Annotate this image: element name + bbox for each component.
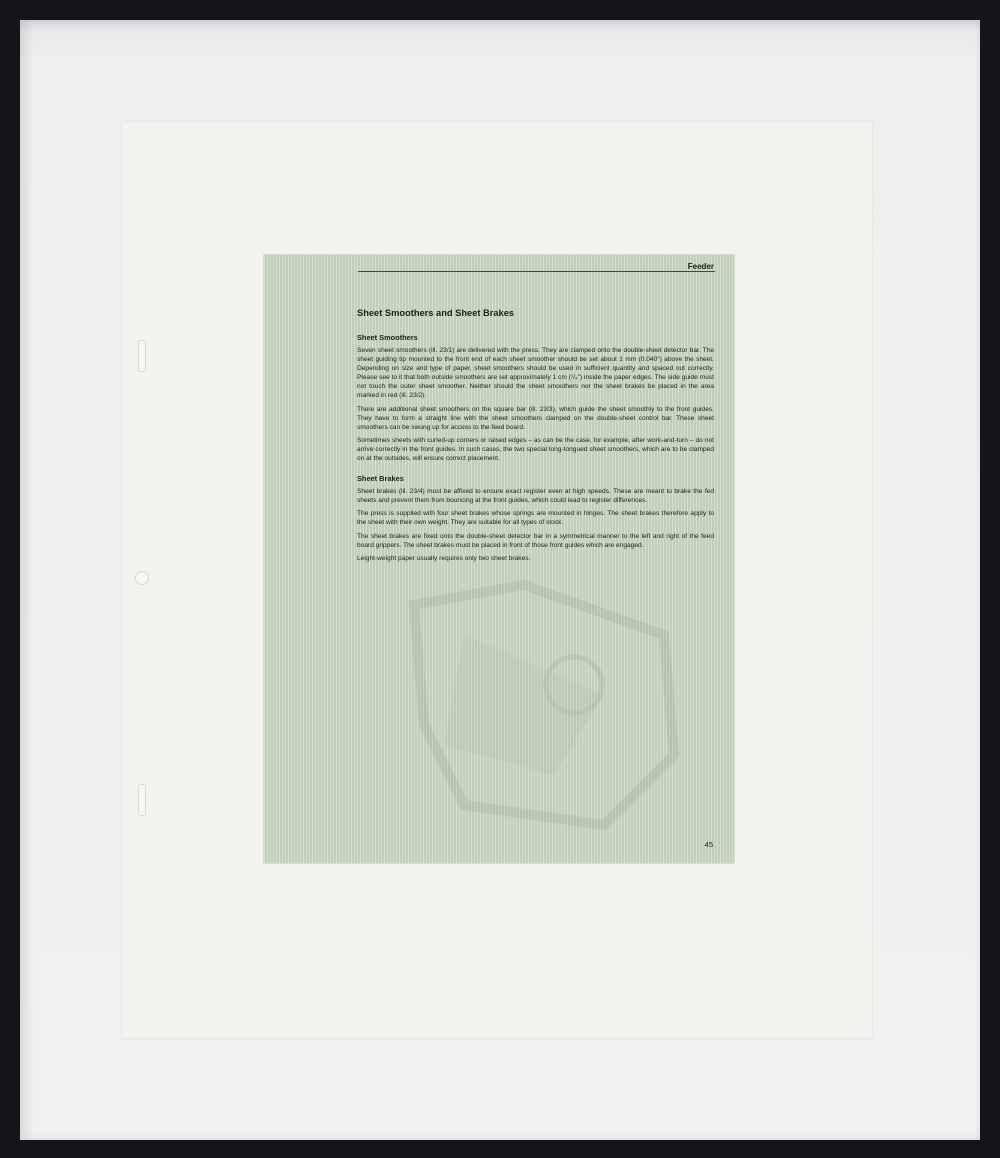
show-through-illustration bbox=[404, 575, 684, 835]
header-rule bbox=[358, 271, 715, 272]
paragraph: Leight-weight paper usually requires onl… bbox=[357, 554, 714, 563]
section-sheet-smoothers: Sheet Smoothers Seven sheet smoothers (i… bbox=[357, 333, 714, 463]
section-heading: Sheet Brakes bbox=[357, 474, 714, 483]
punch-hole-middle bbox=[135, 571, 149, 585]
paragraph: There are additional sheet smoothers on … bbox=[357, 405, 714, 432]
paragraph: Sheet brakes (ill. 23/4) must be affixed… bbox=[357, 487, 714, 505]
page-content: Sheet Smoothers and Sheet Brakes Sheet S… bbox=[357, 308, 714, 567]
paragraph: Sometimes sheets with curled-up corners … bbox=[357, 436, 714, 463]
punch-hole-top bbox=[138, 340, 146, 372]
punch-hole-bottom bbox=[138, 784, 146, 816]
paragraph: The press is supplied with four sheet br… bbox=[357, 509, 714, 527]
page-title: Sheet Smoothers and Sheet Brakes bbox=[357, 308, 714, 319]
running-header: Feeder bbox=[688, 262, 714, 271]
paragraph: The sheet brakes are fixed onto the doub… bbox=[357, 532, 714, 550]
page-number: 45 bbox=[705, 840, 713, 849]
manual-page: Feeder Sheet Smoothers and Sheet Brakes … bbox=[264, 255, 734, 863]
section-spacer bbox=[357, 467, 714, 474]
section-sheet-brakes: Sheet Brakes Sheet brakes (ill. 23/4) mu… bbox=[357, 474, 714, 563]
paragraph: Seven sheet smoothers (ill. 23/1) are de… bbox=[357, 346, 714, 401]
section-heading: Sheet Smoothers bbox=[357, 333, 714, 342]
